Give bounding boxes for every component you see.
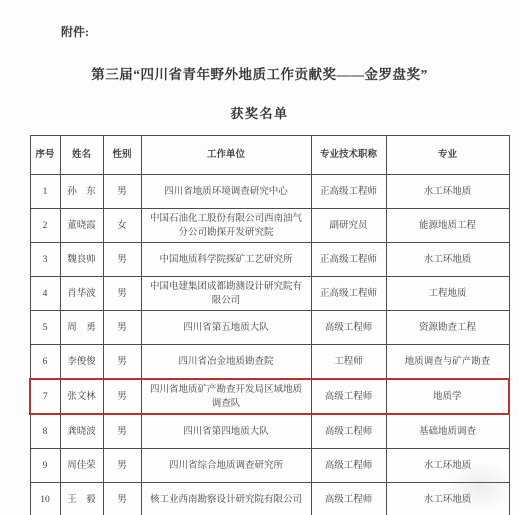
cell-name: 龚晓波	[60, 414, 103, 449]
table-row: 10王 毅男核工业西南勘察设计研究院有限公司高级工程师水工环地质	[30, 483, 509, 515]
table-header-row: 序号姓名性别工作单位专业技术职称专业	[30, 136, 509, 175]
cell-major: 水工环地质	[386, 175, 509, 209]
cell-name: 王 毅	[60, 483, 103, 515]
cell-gender: 男	[103, 483, 141, 515]
cell-title: 高级工程师	[311, 379, 386, 414]
cell-unit: 核工业西南勘察设计研究院有限公司	[141, 483, 311, 515]
table-row: 5周 勇男四川省第五地质大队高级工程师资源勘查工程	[30, 311, 509, 345]
cell-no: 10	[30, 483, 60, 515]
cell-no: 8	[30, 414, 60, 449]
cell-gender: 男	[103, 379, 141, 414]
cell-title: 正高级工程师	[311, 243, 386, 277]
cell-gender: 男	[103, 414, 141, 449]
table-row: 1孙 东男四川省地质环境调查研究中心正高级工程师水工环地质	[30, 175, 509, 209]
cell-unit: 四川省冶金地质勘查院	[141, 345, 311, 380]
column-header: 性别	[103, 136, 141, 175]
column-header: 专业技术职称	[311, 136, 386, 175]
cell-no: 3	[30, 243, 60, 277]
cell-no: 9	[30, 449, 60, 483]
cell-unit: 中国电建集团成都勘测设计研究院有限公司	[141, 277, 311, 311]
table-row: 3魏良帅男中国地质科学院探矿工艺研究所正高级工程师水工环地质	[30, 243, 509, 277]
column-header: 序号	[30, 136, 60, 175]
cell-no: 1	[30, 175, 60, 209]
cell-title: 工程师	[311, 345, 386, 380]
cell-major: 地质学	[386, 379, 509, 414]
cell-gender: 男	[103, 449, 141, 483]
cell-major: 水工环地质	[386, 243, 509, 277]
cell-title: 正高级工程师	[311, 277, 386, 311]
cell-unit: 四川省地质矿产勘查开发局区域地质调查队	[141, 379, 311, 414]
cell-name: 董晓霞	[60, 209, 103, 243]
table-row: 4肖华波男中国电建集团成都勘测设计研究院有限公司正高级工程师工程地质	[30, 277, 509, 311]
cell-title: 高级工程师	[311, 483, 386, 515]
attachment-label: 附件:	[61, 23, 89, 40]
column-header: 工作单位	[141, 136, 311, 175]
cell-no: 4	[30, 277, 60, 311]
cell-gender: 男	[103, 311, 141, 345]
cell-unit: 四川省第四地质大队	[141, 414, 311, 449]
cell-title: 正高级工程师	[311, 175, 386, 209]
cell-unit: 中国石油化工股份有限公司西南油气分公司勘探开发研究院	[141, 209, 311, 243]
cell-gender: 女	[103, 209, 141, 243]
cell-title: 副研究员	[311, 209, 386, 243]
cell-no: 6	[30, 345, 60, 380]
cell-major: 地质调查与矿产勘查	[386, 345, 509, 380]
cell-major: 资源勘查工程	[386, 311, 509, 345]
cell-major: 能源地质工程	[386, 209, 509, 243]
document-page: 附件: 第三届“四川省青年野外地质工作贡献奖——金罗盘奖” 获奖名单 序号姓名性…	[0, 0, 519, 515]
table-body: 1孙 东男四川省地质环境调查研究中心正高级工程师水工环地质2董晓霞女中国石油化工…	[30, 175, 509, 515]
cell-gender: 男	[103, 243, 141, 277]
table-row: 8龚晓波男四川省第四地质大队高级工程师基础地质调查	[30, 414, 509, 449]
table-row: 9周佳荣男四川省综合地质调查研究所高级工程师水工环地质	[30, 449, 509, 483]
cell-no: 5	[30, 311, 60, 345]
table-row: 2董晓霞女中国石油化工股份有限公司西南油气分公司勘探开发研究院副研究员能源地质工…	[30, 209, 509, 243]
page-subtitle: 获奖名单	[0, 103, 519, 122]
cell-title: 高级工程师	[311, 414, 386, 449]
cell-name: 张文林	[60, 379, 103, 414]
cell-name: 孙 东	[60, 175, 103, 209]
cell-no: 7	[30, 379, 60, 414]
cell-name: 周佳荣	[60, 449, 103, 483]
cell-gender: 男	[103, 175, 141, 209]
column-header: 专业	[386, 136, 509, 175]
cell-name: 肖华波	[60, 277, 103, 311]
cell-major: 工程地质	[386, 277, 509, 311]
cell-name: 李俊俊	[60, 345, 103, 380]
cell-title: 高级工程师	[311, 311, 386, 345]
cell-unit: 四川省地质环境调查研究中心	[141, 175, 311, 209]
cell-major: 基础地质调查	[386, 414, 509, 449]
column-header: 姓名	[60, 136, 103, 175]
cell-gender: 男	[103, 277, 141, 311]
cell-name: 周 勇	[60, 311, 103, 345]
cell-unit: 四川省综合地质调查研究所	[141, 449, 311, 483]
cell-no: 2	[30, 209, 60, 243]
cell-major: 水工环地质	[386, 483, 509, 515]
cell-major: 水工环地质	[386, 449, 509, 483]
cell-gender: 男	[103, 345, 141, 380]
award-table: 序号姓名性别工作单位专业技术职称专业 1孙 东男四川省地质环境调查研究中心正高级…	[29, 135, 510, 515]
page-title: 第三届“四川省青年野外地质工作贡献奖——金罗盘奖”	[0, 63, 519, 83]
cell-title: 高级工程师	[311, 449, 386, 483]
table-row: 6李俊俊男四川省冶金地质勘查院工程师地质调查与矿产勘查	[30, 345, 509, 380]
cell-unit: 四川省第五地质大队	[141, 311, 311, 345]
table-row: 7张文林男四川省地质矿产勘查开发局区域地质调查队高级工程师地质学	[30, 379, 509, 414]
cell-unit: 中国地质科学院探矿工艺研究所	[141, 243, 311, 277]
cell-name: 魏良帅	[60, 243, 103, 277]
